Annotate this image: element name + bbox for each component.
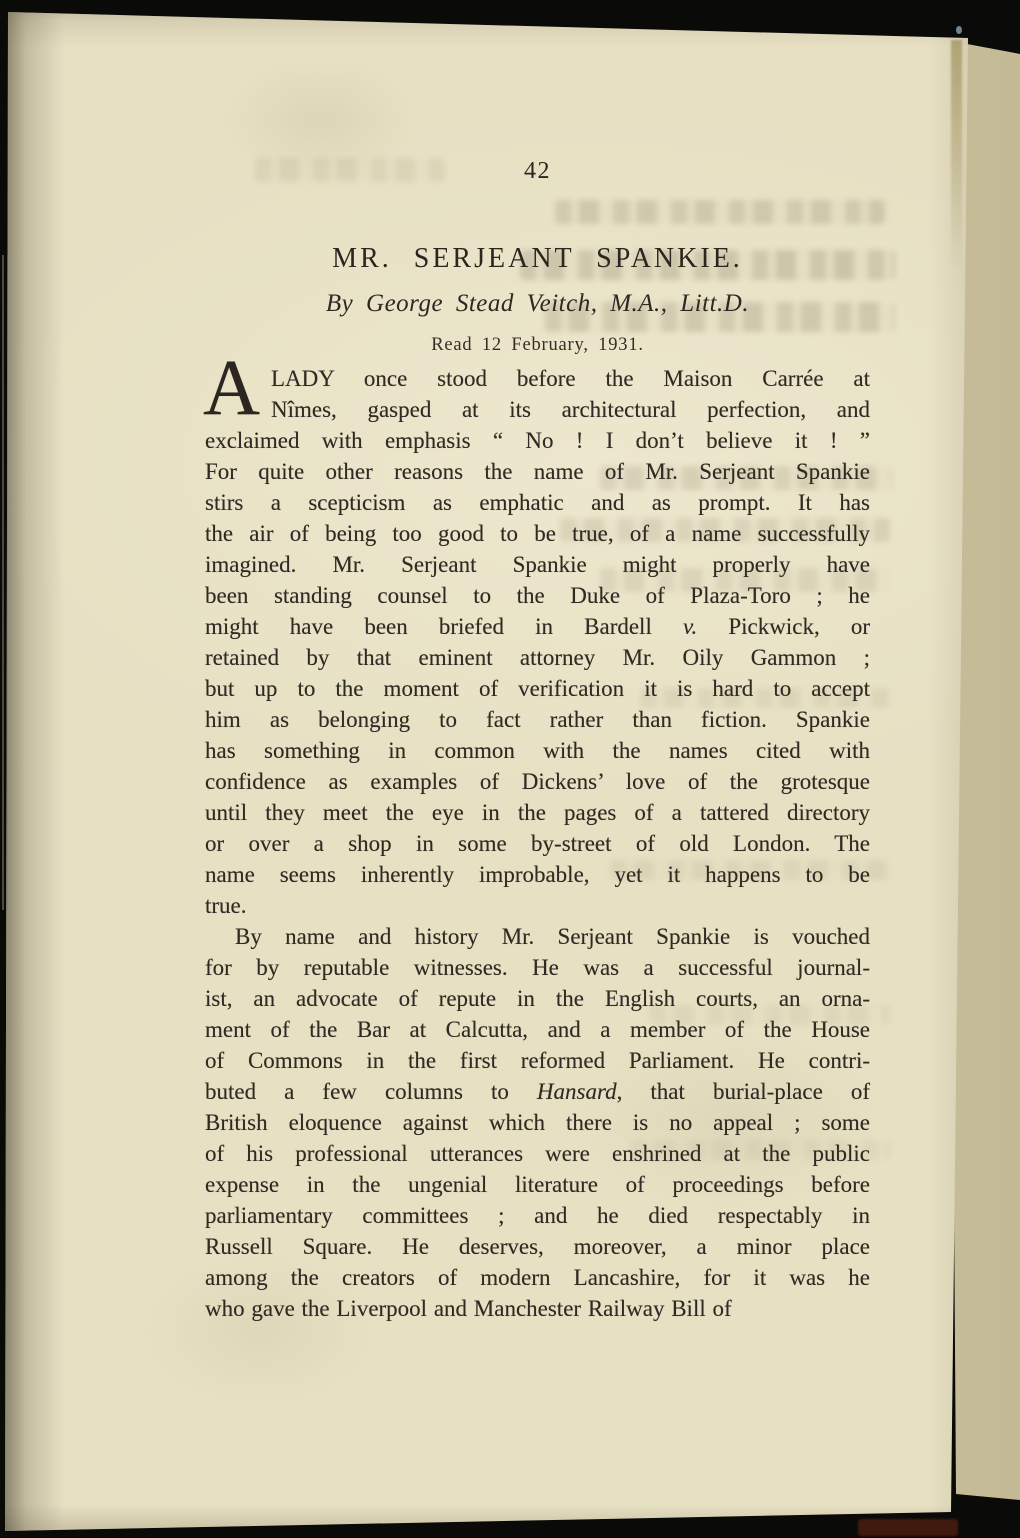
body-line: name seems inherently improbable, yet it… [205,859,870,890]
body-line: might have been briefed in Bardell v. Pi… [205,611,870,642]
page-number: 42 [205,158,870,185]
body-line: or over a shop in some by-street of old … [205,828,870,859]
article-body: A LADY once stood before the Maison Carr… [205,363,870,1324]
body-line: among the creators of modern Lancashire,… [205,1262,870,1293]
body-line: confidence as examples of Dickens’ love … [205,766,870,797]
body-line: but up to the moment of verification it … [205,673,870,704]
body-line: him as belonging to fact rather than fic… [205,704,870,735]
body-line: exclaimed with emphasis “ No ! I don’t b… [205,425,870,456]
body-line: retained by that eminent attorney Mr. Oi… [205,642,870,673]
body-line: ment of the Bar at Calcutta, and a membe… [205,1014,870,1045]
scan-artifact-speck [956,26,962,34]
body-line: of Commons in the first reformed Parliam… [205,1045,870,1076]
body-line: of his professional utterances were ensh… [205,1138,870,1169]
body-line: Nîmes, gasped at its architectural perfe… [205,394,870,425]
body-line: been standing counsel to the Duke of Pla… [205,580,870,611]
scanned-book-page: 42 MR. SERJEANT SPANKIE. By George Stead… [0,0,1020,1538]
bleedthrough-ghost [555,200,885,224]
read-date-line: Read 12 February, 1931. [205,335,870,356]
page-stack-edges [1,255,10,910]
body-line: By name and history Mr. Serjeant Spankie… [205,921,870,952]
body-line: true. [205,890,870,921]
body-line: the air of being too good to be true, of… [205,518,870,549]
body-line: ist, an advocate of repute in the Englis… [205,983,870,1014]
body-line: buted a few columns to Hansard, that bur… [205,1076,870,1107]
body-line: parliamentary committees ; and he died r… [205,1200,870,1231]
author-byline: By George Stead Veitch, M.A., Litt.D. [205,290,870,318]
page-crease-mark [951,40,962,270]
drop-cap: A [203,358,260,420]
body-paragraphs: LADY once stood before the Maison Carrée… [205,363,870,1324]
article-title: MR. SERJEANT SPANKIE. [205,243,870,275]
body-line: until they meet the eye in the pages of … [205,797,870,828]
bottom-edge-stain [858,1519,958,1536]
body-line: stirs a scepticism as emphatic and as pr… [205,487,870,518]
body-line: who gave the Liverpool and Manchester Ra… [205,1293,870,1324]
body-line: expense in the ungenial literature of pr… [205,1169,870,1200]
body-line: British eloquence against which there is… [205,1107,870,1138]
body-line: For quite other reasons the name of Mr. … [205,456,870,487]
body-line: imagined. Mr. Serjeant Spankie might pro… [205,549,870,580]
body-line: Russell Square. He deserves, moreover, a… [205,1231,870,1262]
body-line: LADY once stood before the Maison Carrée… [205,363,870,394]
body-line: has something in common with the names c… [205,735,870,766]
body-line: for by reputable witnesses. He was a suc… [205,952,870,983]
